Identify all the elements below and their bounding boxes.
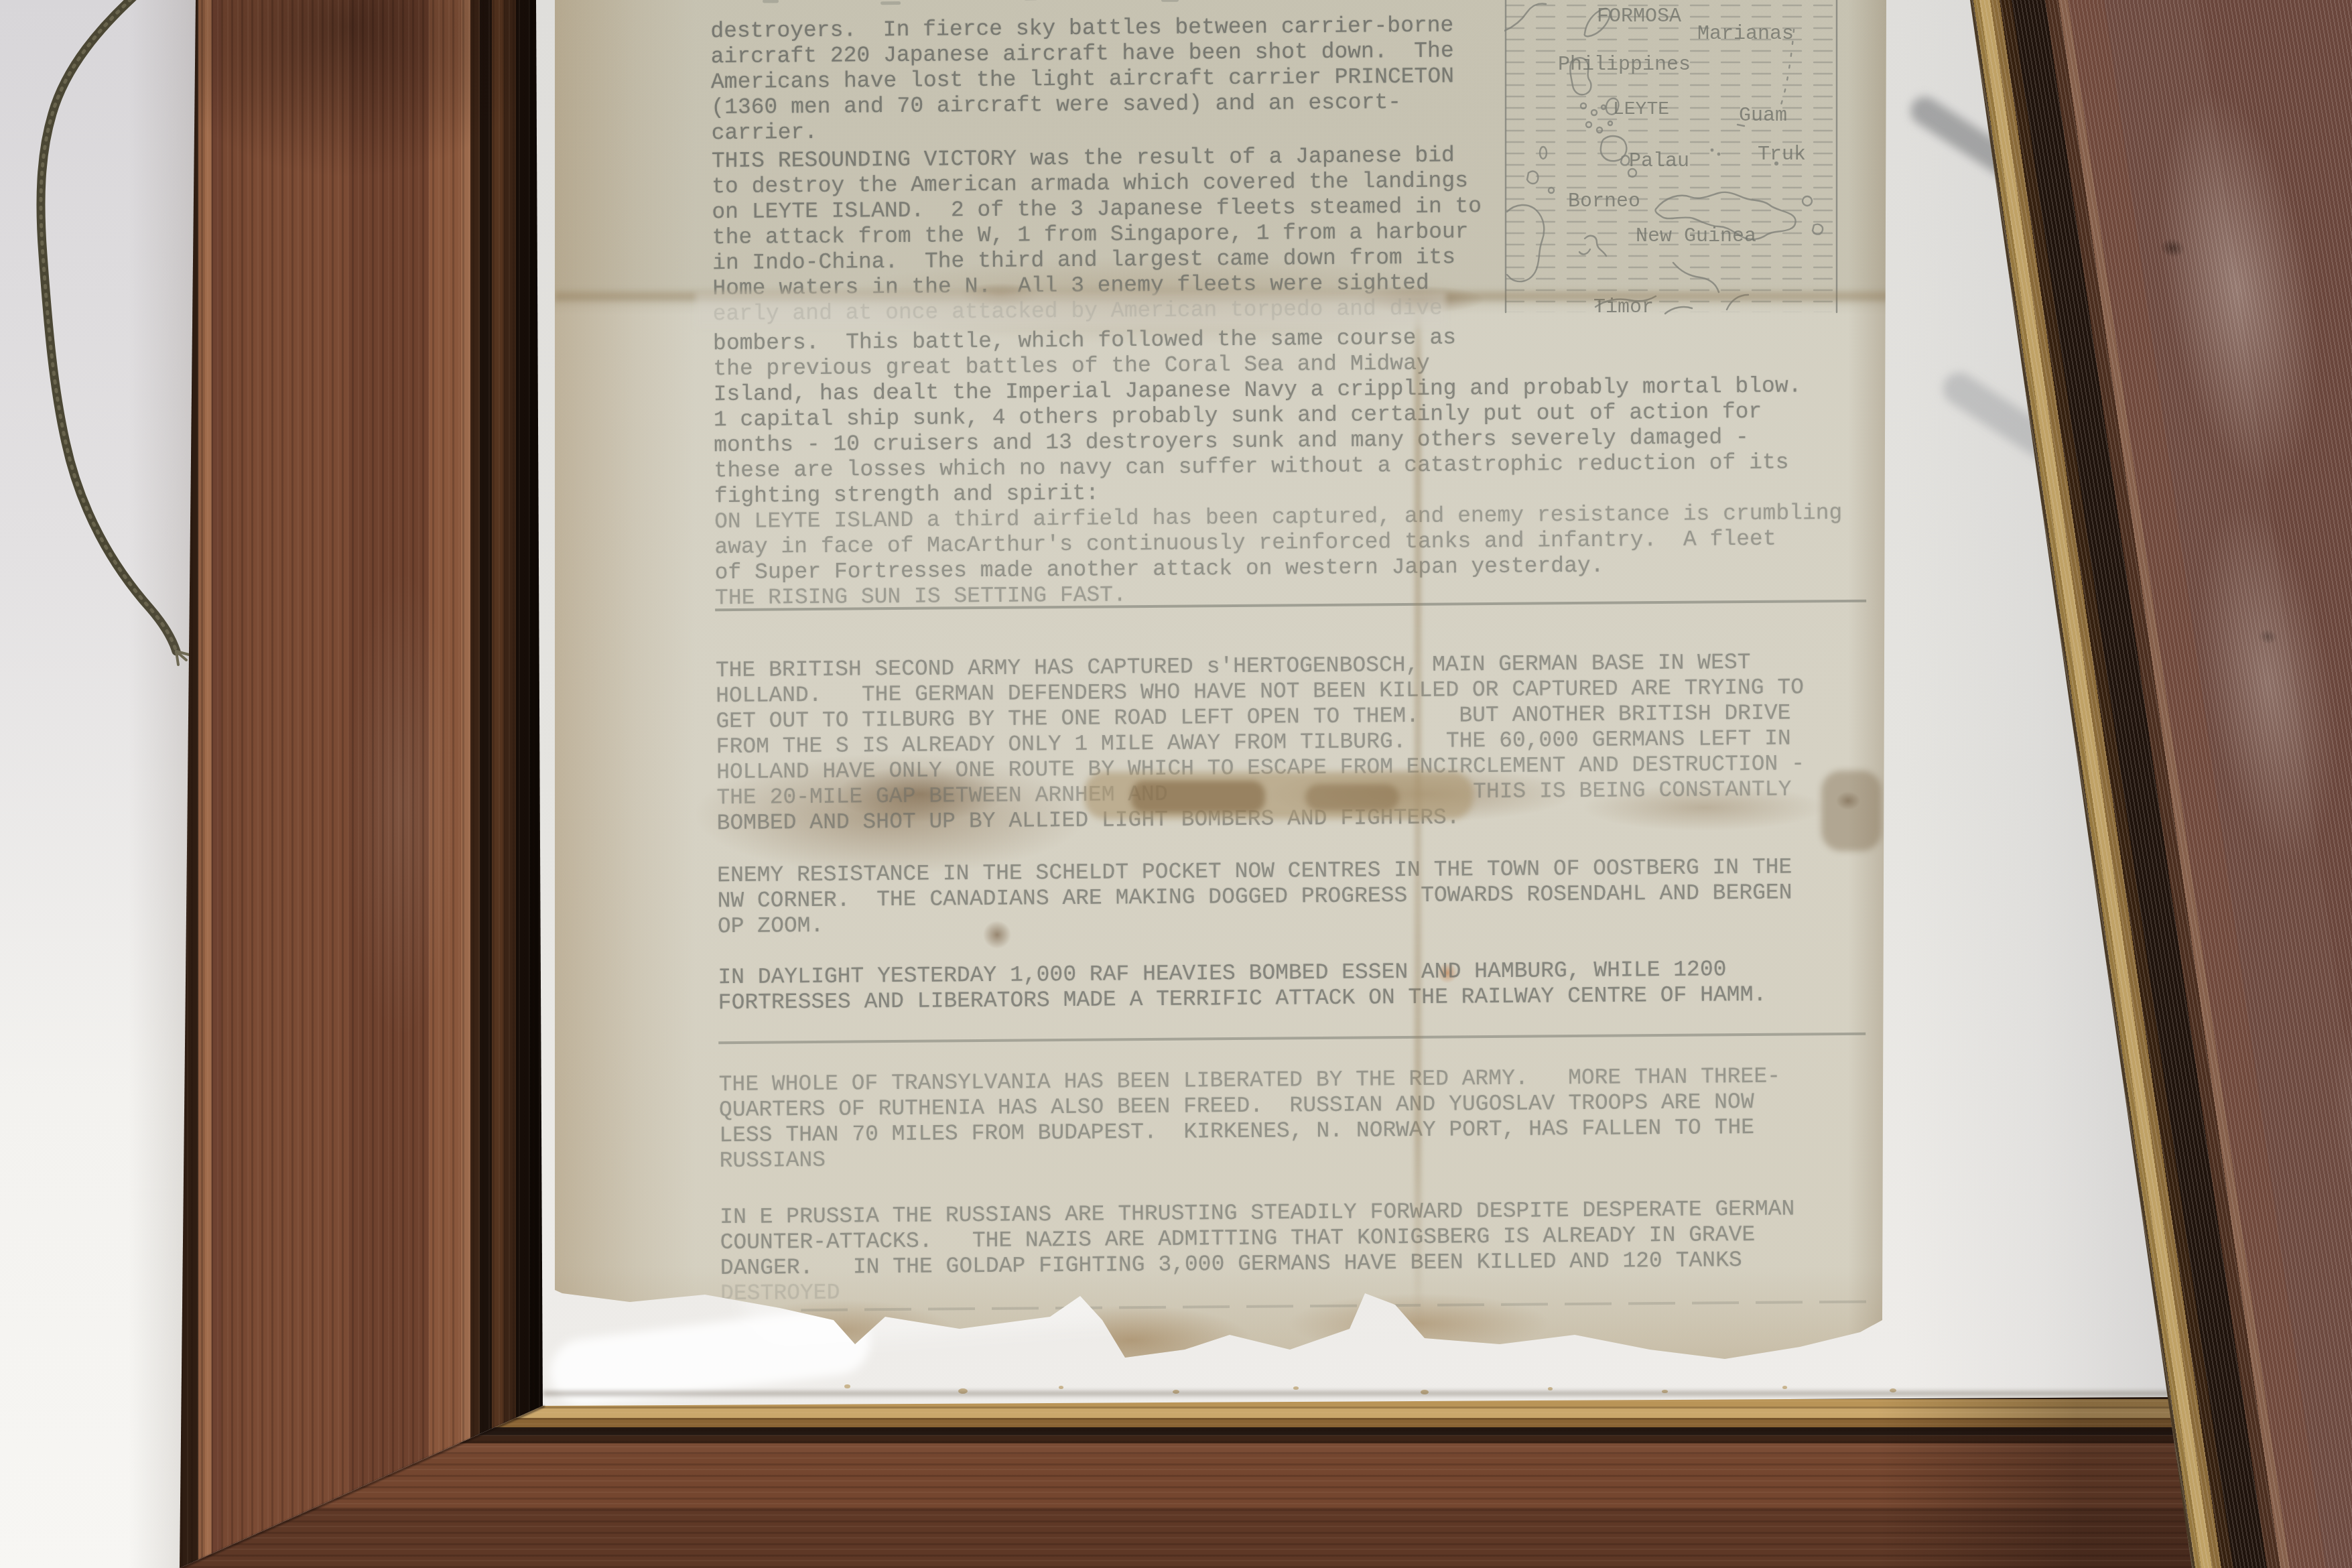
typed-line: OP ZOOM.: [718, 913, 824, 939]
typed-line: RUSSIANS: [719, 1148, 826, 1174]
map-place-label: Palau: [1629, 150, 1689, 173]
paper-crumb: [1782, 1386, 1787, 1389]
faded-patch: [696, 292, 1446, 327]
cut-off-line-fragment: [1024, 0, 1037, 1]
map-place-label: Marianas: [1697, 23, 1794, 46]
map-place-label: FORMOSA: [1597, 5, 1681, 28]
typed-line: fighting strength and spirit:: [714, 481, 1100, 510]
map-place-label: Guam: [1739, 105, 1787, 127]
typed-divider-rule: [718, 1033, 1866, 1044]
cut-off-line-fragment: [1161, 0, 1179, 2]
map-place-label: Borneo: [1568, 190, 1640, 213]
frame-inner-shadow: [543, 1391, 2171, 1396]
brown-stain: [1305, 784, 1399, 811]
paper-crumb: [1548, 1387, 1553, 1390]
map-place-label: New Guinea: [1636, 225, 1756, 248]
news-sheet-paper: destroyers. In fierce sky battles betwee…: [555, 0, 1888, 1407]
typed-line: (1360 men and 70 aircraft were saved) an…: [711, 90, 1401, 121]
typed-line: carrier.: [711, 120, 818, 146]
typed-divider-rule: [801, 1301, 1873, 1312]
pacific-sketch-map: FORMOSAMarianasPhilippinesLEYTEGuamPalau…: [1504, 0, 1839, 316]
map-place-label: Philippines: [1558, 54, 1691, 76]
paper-crumb: [844, 1384, 850, 1388]
map-place-label: LEYTE: [1613, 99, 1669, 120]
cut-off-line-fragment: [763, 0, 779, 3]
brown-stain: [1821, 771, 1882, 851]
map-place-label: Truk: [1758, 143, 1806, 166]
paper-crumb: [1293, 1386, 1299, 1390]
brown-stain: [1131, 781, 1265, 813]
paper-crumb: [1059, 1386, 1063, 1389]
cut-off-line-fragment: [880, 1, 901, 5]
